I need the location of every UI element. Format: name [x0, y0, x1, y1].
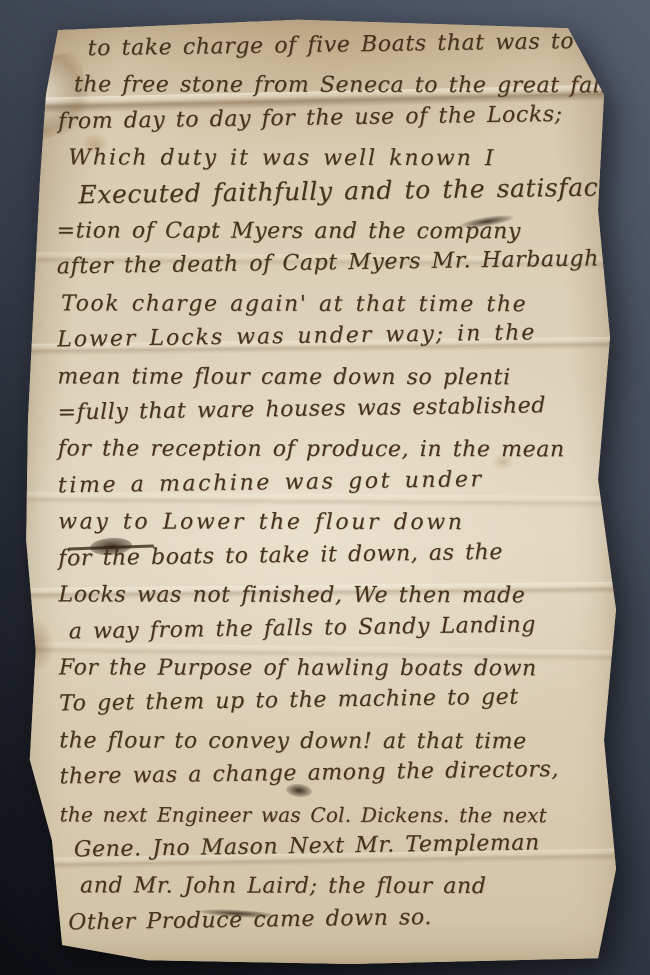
manuscript-line: after the death of Capt Myers Mr. Harbau…	[57, 242, 595, 286]
manuscript-line: for the boats to take it down, as the	[58, 533, 596, 577]
manuscript-line: there was a change among the directors,	[59, 752, 597, 796]
manuscript-line: Executed faithfully and to the satisfac	[78, 169, 594, 213]
photo-backdrop: to take charge of five Boats that was to…	[0, 0, 650, 975]
manuscript-text: to take charge of five Boats that was to…	[56, 29, 599, 958]
manuscript-line: Gene. Jno Mason Next Mr. Templeman	[74, 824, 598, 868]
manuscript-line: to take charge of five Boats that was to…	[87, 24, 593, 68]
manuscript-line: Other Produce came down so.	[68, 897, 598, 941]
manuscript-line: Lower Locks was under way; in the	[57, 315, 595, 359]
edge-stain	[16, 620, 54, 672]
paper-shadow-wrap: to take charge of five Boats that was to…	[0, 0, 650, 975]
manuscript-line: To get them up to the machine to get	[59, 679, 597, 723]
manuscript-line: =fully that ware houses was established	[57, 387, 595, 431]
manuscript-line: time a machine was got under	[58, 460, 596, 504]
manuscript-page: to take charge of five Boats that was to…	[22, 14, 622, 964]
manuscript-line: from day to day for the use of the Locks…	[58, 96, 594, 140]
manuscript-line: a way from the falls to Sandy Landing	[68, 606, 596, 650]
